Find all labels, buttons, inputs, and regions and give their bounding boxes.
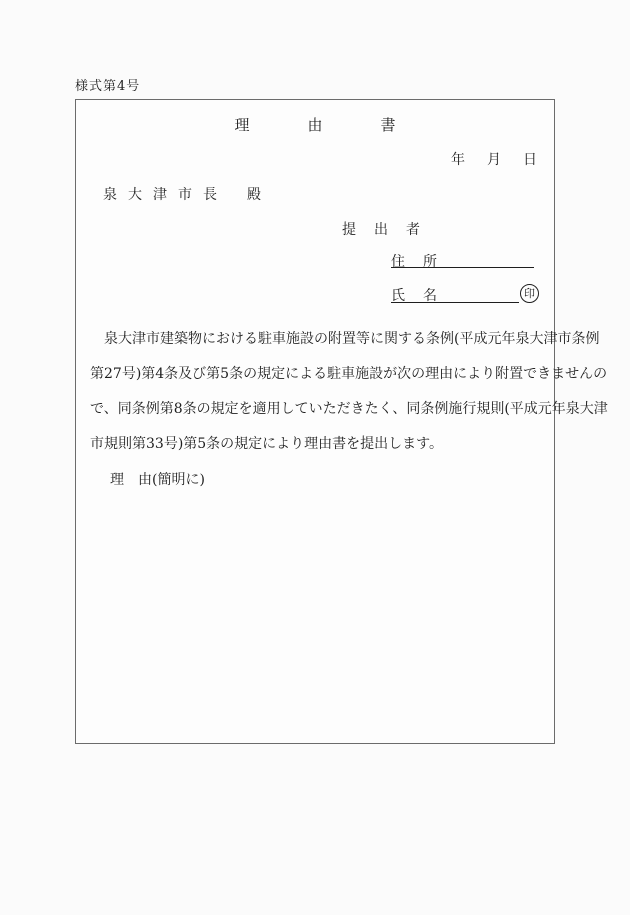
address-label: 住所 <box>391 254 455 270</box>
form-number-label: 様式第4号 <box>75 79 140 95</box>
addressee-line: 泉大津市長殿 <box>103 184 261 204</box>
addressee-name: 泉大津市長 <box>103 187 228 203</box>
addressee-honorific: 殿 <box>247 187 261 203</box>
month-label: 月 <box>487 149 501 169</box>
reason-heading: 理 由(簡明に) <box>110 470 205 490</box>
body-line-4: 市規則第33号)第5条の規定により理由書を提出します。 <box>90 427 542 462</box>
name-label: 氏名 <box>391 288 455 304</box>
document-page: 様式第4号 理由書 年 月 日 泉大津市長殿 提出者 住所 氏名 印 泉大津市建… <box>0 0 630 915</box>
body-line-2: 第27号)第4条及び第5条の規定による駐車施設が次の理由により附置できませんの <box>90 357 542 392</box>
body-paragraph: 泉大津市建築物における駐車施設の附置等に関する条例(平成元年泉大津市条例 第27… <box>90 322 542 462</box>
year-label: 年 <box>451 149 465 169</box>
name-field-blank: 氏名 <box>391 285 519 303</box>
seal-mark-icon: 印 <box>520 284 539 303</box>
date-line: 年 月 日 <box>451 149 537 169</box>
seal-label: 印 <box>524 288 535 299</box>
body-line-3: で、同条例第8条の規定を適用していただきたく、同条例施行規則(平成元年泉大津 <box>90 392 542 427</box>
form-title: 理由書 <box>76 114 554 135</box>
day-label: 日 <box>523 149 537 169</box>
address-field-blank: 住所 <box>391 251 534 268</box>
submitter-section-label: 提出者 <box>342 219 438 239</box>
form-border-box: 理由書 年 月 日 泉大津市長殿 提出者 住所 氏名 印 泉大津市建築物における… <box>75 99 555 744</box>
body-line-1: 泉大津市建築物における駐車施設の附置等に関する条例(平成元年泉大津市条例 <box>90 322 542 357</box>
